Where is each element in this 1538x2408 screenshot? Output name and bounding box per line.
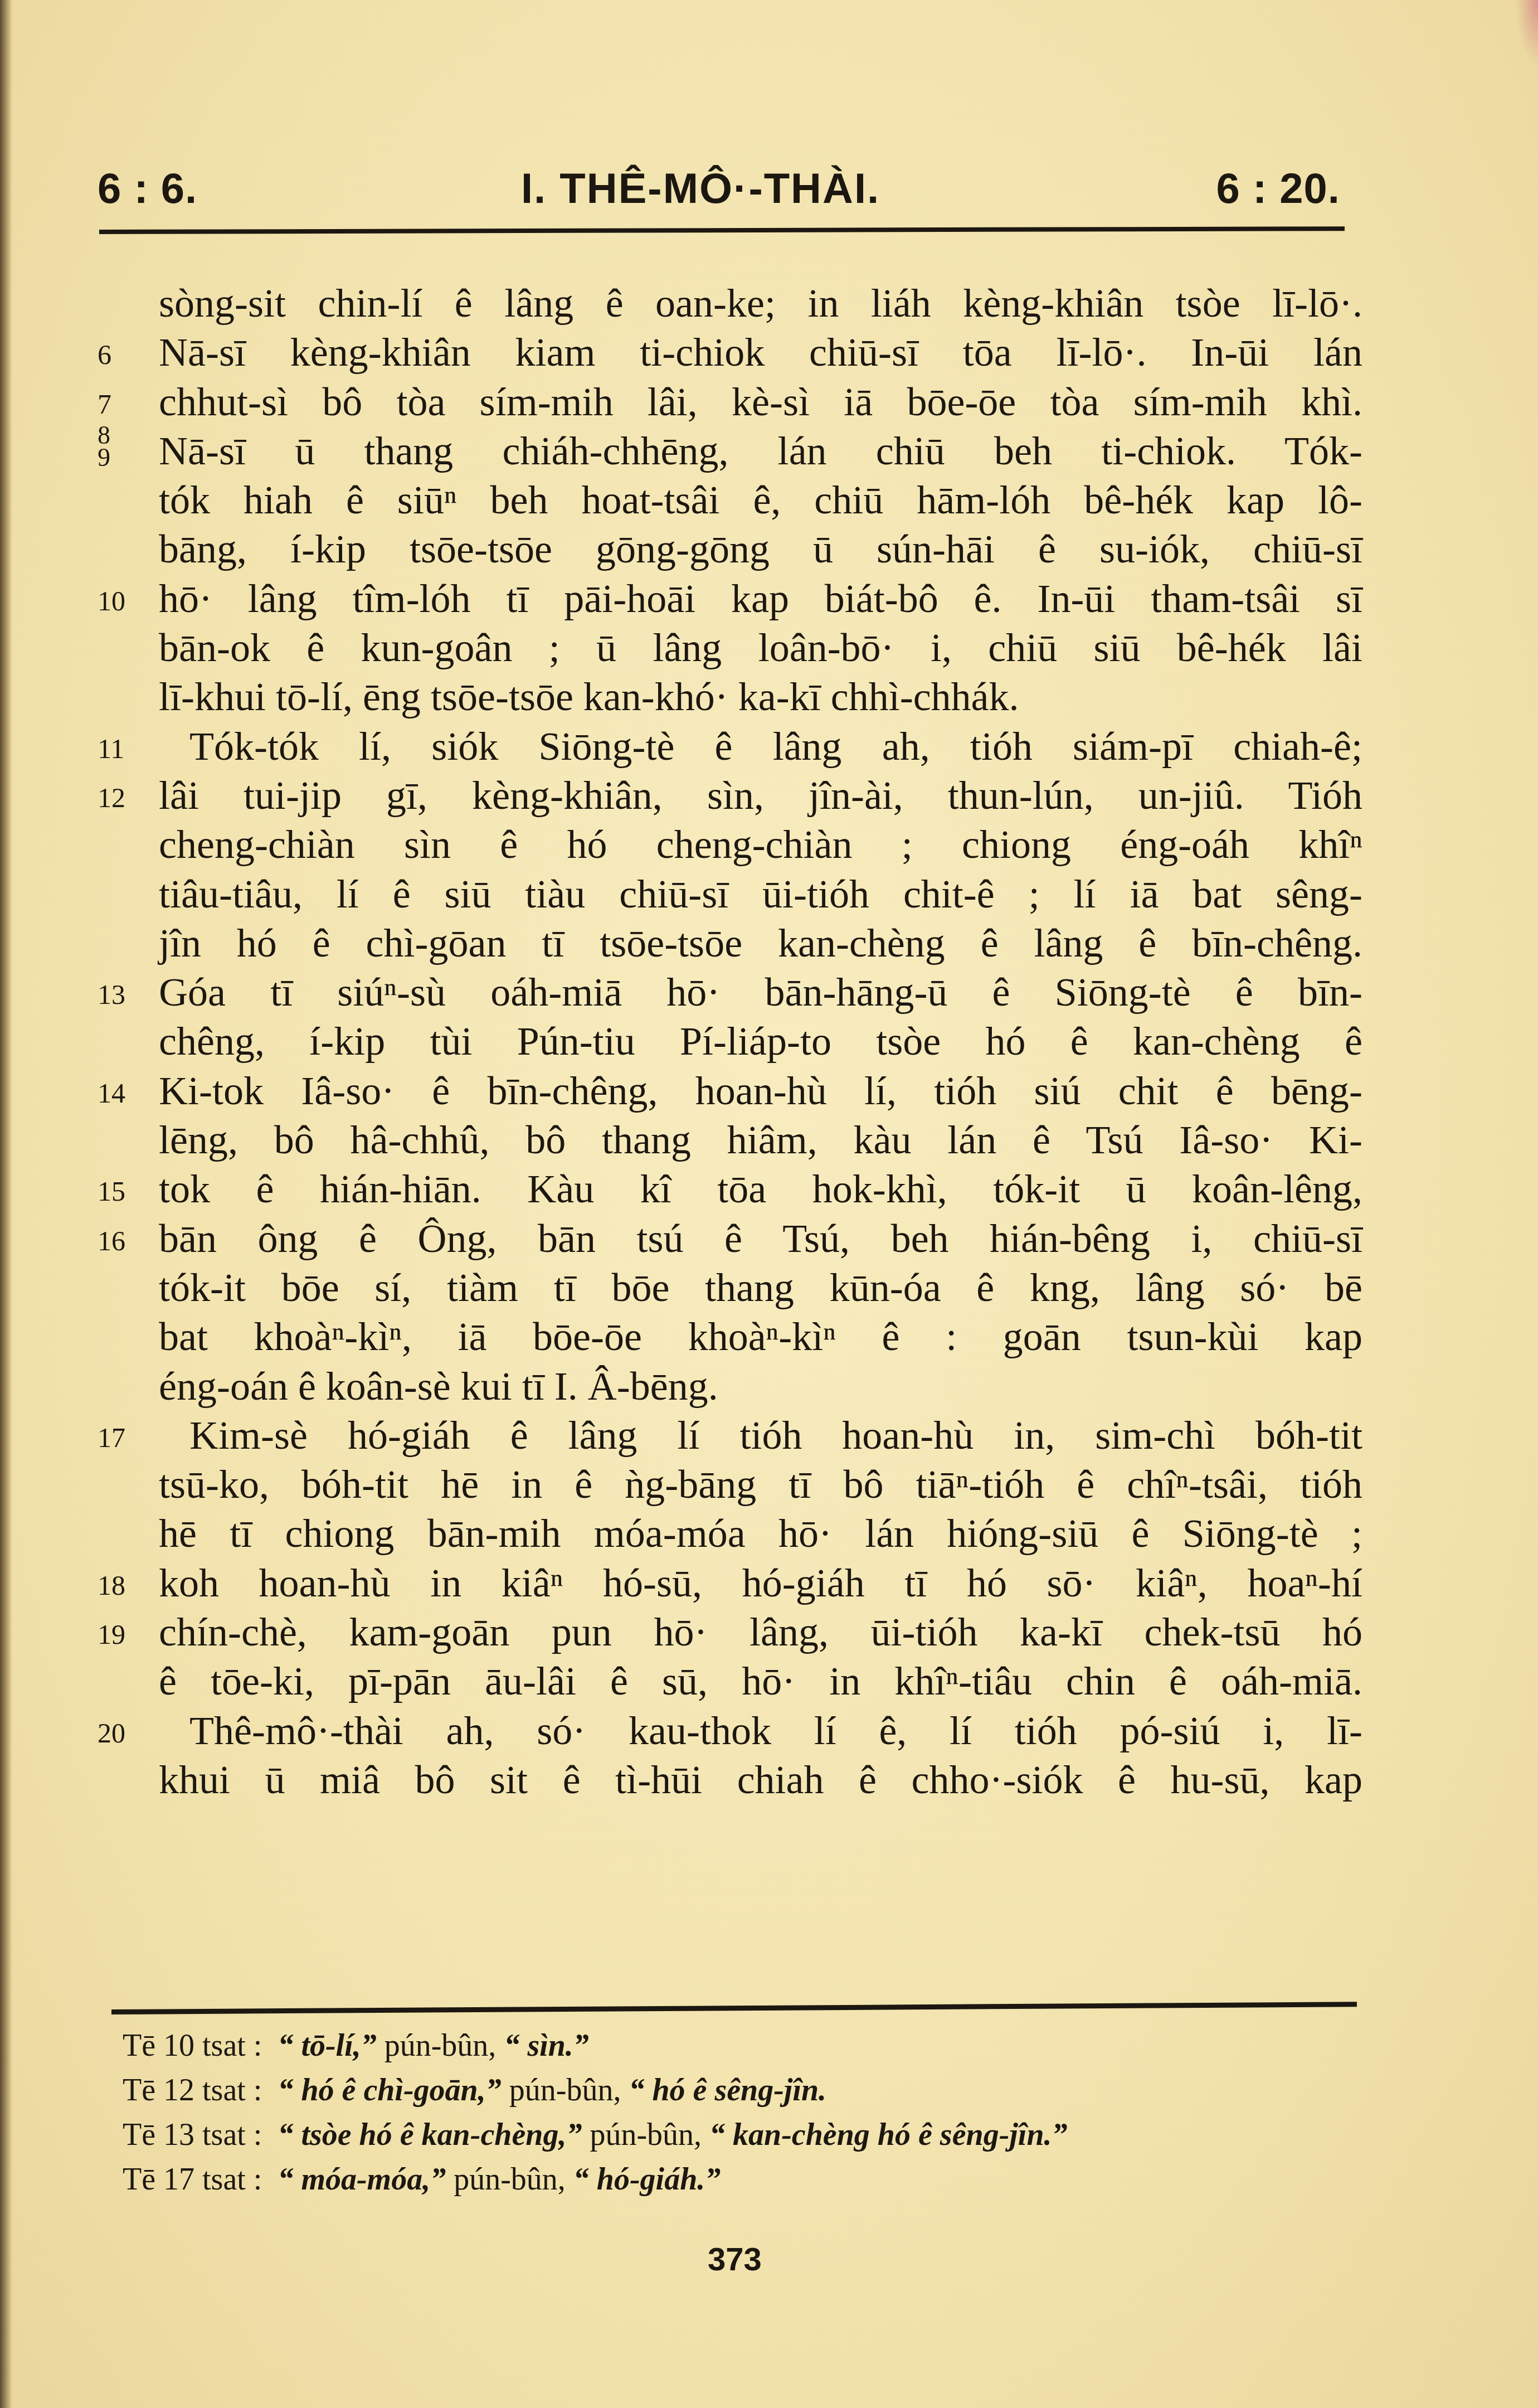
footnote: Tē 10 tsat : “ tō-lí,” pún-bûn, “ sìn.”	[123, 2023, 1349, 2068]
running-head: 6 : 6. I. THÊ-MÔ·-THÀI. 6 : 20.	[98, 159, 1340, 220]
verse-text: Kim-sè hó-giáh ê lâng lí tióh hoan-hù in…	[189, 1411, 1362, 1460]
verse-text: ê tōe-ki, pī-pān āu-lâi ê sū, hō· in khî…	[159, 1657, 1362, 1706]
text-line: 20Thê-mô·-thài ah, só· kau-thok lí ê, lí…	[98, 1706, 1362, 1755]
footnote-label: Tē 17 tsat :	[123, 2162, 262, 2197]
footnote-original-text: “ kan-chèng hó ê sêng-jîn.”	[709, 2118, 1068, 2152]
footnote-label: Tē 12 tsat :	[123, 2073, 262, 2108]
verse-number: 17	[98, 1413, 148, 1462]
text-line: chêng, í-kip tùi Pún-tiu Pí-liáp-to tsòe…	[98, 1017, 1362, 1066]
verse-text: Tók-tók lí, siók Siōng-tè ê lâng ah, tió…	[189, 722, 1362, 771]
text-line: bat khoàⁿ-kìⁿ, iā bōe-ōe khoàⁿ-kìⁿ ê : g…	[98, 1312, 1362, 1361]
text-line: lī-khui tō-lí, ēng tsōe-tsōe kan-khó· ka…	[98, 672, 1362, 721]
chapter-verse-end: 6 : 20.	[1216, 164, 1340, 213]
text-line: tók-it bōe sí, tiàm tī bōe thang kūn-óa …	[98, 1263, 1362, 1312]
page-edge-tint	[1516, 0, 1538, 67]
text-line: 8 9Nā-sī ū thang chiáh-chhēng, lán chiū …	[98, 426, 1362, 475]
footnote-quote: “ hó ê chì-goān,”	[278, 2073, 501, 2108]
verse-number: 11	[98, 724, 148, 773]
footnote-quote: “ tsòe hó ê kan-chèng,”	[278, 2118, 582, 2152]
footnotes: Tē 10 tsat : “ tō-lí,” pún-bûn, “ sìn.”T…	[123, 2023, 1349, 2202]
verse-text: bān-ok ê kun-goân ; ū lâng loân-bō· i, c…	[159, 623, 1362, 672]
verse-text: tók-it bōe sí, tiàm tī bōe thang kūn-óa …	[159, 1263, 1362, 1312]
text-line: 14Ki-tok Iâ-so· ê bīn-chêng, hoan-hù lí,…	[98, 1066, 1362, 1115]
scripture-body: sòng-sit chin-lí ê lâng ê oan-ke; in liá…	[98, 279, 1362, 1804]
verse-text: lēng, bô hâ-chhû, bô thang hiâm, kàu lán…	[159, 1115, 1362, 1164]
book-title: I. THÊ-MÔ·-THÀI.	[521, 164, 880, 213]
header-rule	[99, 226, 1345, 234]
text-line: jîn hó ê chì-gōan tī tsōe-tsōe kan-chèng…	[98, 919, 1362, 968]
footnote: Tē 12 tsat : “ hó ê chì-goān,” pún-bûn, …	[123, 2068, 1349, 2113]
verse-number: 20	[98, 1708, 148, 1758]
text-line: 7chhut-sì bô tòa sím-mih lâi, kè-sì iā b…	[98, 377, 1362, 426]
verse-text: chhut-sì bô tòa sím-mih lâi, kè-sì iā bō…	[159, 377, 1362, 426]
verse-text: hō· lâng tîm-lóh tī pāi-hoāi kap biát-bô…	[159, 574, 1362, 623]
text-line: tsū-ko, bóh-tit hē in ê ǹg-bāng tī bô ti…	[98, 1460, 1362, 1509]
text-line: ê tōe-ki, pī-pān āu-lâi ê sū, hō· in khî…	[98, 1657, 1362, 1706]
text-line: 11Tók-tók lí, siók Siōng-tè ê lâng ah, t…	[98, 722, 1362, 771]
text-line: sòng-sit chin-lí ê lâng ê oan-ke; in liá…	[98, 279, 1362, 328]
verse-number: 12	[98, 773, 148, 822]
verse-text: Nā-sī ū thang chiáh-chhēng, lán chiū beh…	[159, 426, 1362, 475]
verse-number: 14	[98, 1069, 148, 1118]
verse-text: lī-khui tō-lí, ēng tsōe-tsōe kan-khó· ka…	[159, 672, 1362, 721]
verse-number: 6	[98, 330, 148, 379]
text-line: 17Kim-sè hó-giáh ê lâng lí tióh hoan-hù …	[98, 1411, 1362, 1460]
verse-text: sòng-sit chin-lí ê lâng ê oan-ke; in liá…	[159, 279, 1362, 328]
footnote-quote: “ tō-lí,”	[278, 2028, 376, 2063]
text-line: 10hō· lâng tîm-lóh tī pāi-hoāi kap biát-…	[98, 574, 1362, 623]
footnote-original-text: “ hó-giáh.”	[573, 2162, 721, 2197]
verse-text: khui ū miâ bô sit ê tì-hūi chiah ê chho·…	[159, 1755, 1362, 1804]
verse-text: hē tī chiong bān-mih móa-móa hō· lán hió…	[159, 1509, 1362, 1558]
verse-text: tok ê hián-hiān. Kàu kî tōa hok-khì, tók…	[159, 1164, 1362, 1213]
footnote-rule	[111, 2002, 1357, 2014]
verse-text: koh hoan-hù in kiâⁿ hó-sū, hó-giáh tī hó…	[159, 1559, 1362, 1608]
spine-shadow	[0, 0, 12, 2408]
chapter-verse-start: 6 : 6.	[98, 164, 197, 213]
footnote-label: Tē 10 tsat :	[123, 2028, 262, 2063]
verse-text: tsū-ko, bóh-tit hē in ê ǹg-bāng tī bô ti…	[159, 1460, 1362, 1509]
verse-text: bān ông ê Ông, bān tsú ê Tsú, beh hián-b…	[159, 1214, 1362, 1263]
verse-text: cheng-chiàn sìn ê hó cheng-chiàn ; chion…	[159, 820, 1362, 869]
verse-text: Nā-sī kèng-khiân kiam ti-chiok chiū-sī t…	[159, 328, 1362, 377]
text-line: bāng, í-kip tsōe-tsōe gōng-gōng ū sún-hā…	[98, 525, 1362, 574]
verse-number: 13	[98, 970, 148, 1019]
verse-text: jîn hó ê chì-gōan tī tsōe-tsōe kan-chèng…	[159, 919, 1362, 968]
verse-text: éng-oán ê koân-sè kui tī I. Â-bēng.	[159, 1362, 1362, 1411]
verse-text: chêng, í-kip tùi Pún-tiu Pí-liáp-to tsòe…	[159, 1017, 1362, 1066]
verse-number: 19	[98, 1610, 148, 1659]
verse-text: lâi tui-jip gī, kèng-khiân, sìn, jîn-ài,…	[159, 771, 1362, 820]
page-number: 373	[708, 2241, 762, 2278]
text-line: bān-ok ê kun-goân ; ū lâng loân-bō· i, c…	[98, 623, 1362, 672]
verse-number: 16	[98, 1216, 148, 1265]
text-line: tók hiah ê siūⁿ beh hoat-tsâi ê, chiū hā…	[98, 475, 1362, 525]
text-line: 18koh hoan-hù in kiâⁿ hó-sū, hó-giáh tī …	[98, 1559, 1362, 1608]
verse-text: chín-chè, kam-goān pun hō· lâng, ūi-tióh…	[159, 1608, 1362, 1657]
verse-text: bāng, í-kip tsōe-tsōe gōng-gōng ū sún-hā…	[159, 525, 1362, 574]
text-line: 19chín-chè, kam-goān pun hō· lâng, ūi-ti…	[98, 1608, 1362, 1657]
footnote-original-label: pún-bûn,	[509, 2073, 621, 2108]
book-page: 6 : 6. I. THÊ-MÔ·-THÀI. 6 : 20. sòng-sit…	[0, 0, 1538, 2408]
verse-number: 8 9	[98, 424, 148, 469]
text-line: éng-oán ê koân-sè kui tī I. Â-bēng.	[98, 1362, 1362, 1411]
verse-number: 10	[98, 576, 148, 625]
verse-text: tiâu-tiâu, lí ê siū tiàu chiū-sī ūi-tióh…	[159, 870, 1362, 919]
verse-number: 15	[98, 1167, 148, 1216]
footnote-quote: “ móa-móa,”	[278, 2162, 446, 2197]
text-line: 12lâi tui-jip gī, kèng-khiân, sìn, jîn-à…	[98, 771, 1362, 820]
verse-text: Ki-tok Iâ-so· ê bīn-chêng, hoan-hù lí, t…	[159, 1066, 1362, 1115]
verse-text: Góa tī siúⁿ-sù oáh-miā hō· bān-hāng-ū ê …	[159, 968, 1362, 1017]
verse-number: 18	[98, 1561, 148, 1610]
verse-text: Thê-mô·-thài ah, só· kau-thok lí ê, lí t…	[189, 1706, 1362, 1755]
footnote-original-text: “ sìn.”	[504, 2028, 589, 2063]
text-line: cheng-chiàn sìn ê hó cheng-chiàn ; chion…	[98, 820, 1362, 869]
text-line: hē tī chiong bān-mih móa-móa hō· lán hió…	[98, 1509, 1362, 1558]
footnote-label: Tē 13 tsat :	[123, 2118, 262, 2152]
text-line: 16bān ông ê Ông, bān tsú ê Tsú, beh hián…	[98, 1214, 1362, 1263]
text-line: 15tok ê hián-hiān. Kàu kî tōa hok-khì, t…	[98, 1164, 1362, 1213]
text-line: tiâu-tiâu, lí ê siū tiàu chiū-sī ūi-tióh…	[98, 870, 1362, 919]
text-line: 6Nā-sī kèng-khiân kiam ti-chiok chiū-sī …	[98, 328, 1362, 377]
footnote-original-label: pún-bûn,	[384, 2028, 497, 2063]
footnote-original-label: pún-bûn,	[590, 2118, 702, 2152]
footnote-original-label: pún-bûn,	[454, 2162, 566, 2197]
verse-text: bat khoàⁿ-kìⁿ, iā bōe-ōe khoàⁿ-kìⁿ ê : g…	[159, 1312, 1362, 1361]
text-line: 13Góa tī siúⁿ-sù oáh-miā hō· bān-hāng-ū …	[98, 968, 1362, 1017]
verse-text: tók hiah ê siūⁿ beh hoat-tsâi ê, chiū hā…	[159, 475, 1362, 525]
footnote: Tē 17 tsat : “ móa-móa,” pún-bûn, “ hó-g…	[123, 2157, 1349, 2202]
footnote: Tē 13 tsat : “ tsòe hó ê kan-chèng,” pún…	[123, 2113, 1349, 2157]
text-line: khui ū miâ bô sit ê tì-hūi chiah ê chho·…	[98, 1755, 1362, 1804]
footnote-original-text: “ hó ê sêng-jîn.	[629, 2073, 826, 2108]
text-line: lēng, bô hâ-chhû, bô thang hiâm, kàu lán…	[98, 1115, 1362, 1164]
